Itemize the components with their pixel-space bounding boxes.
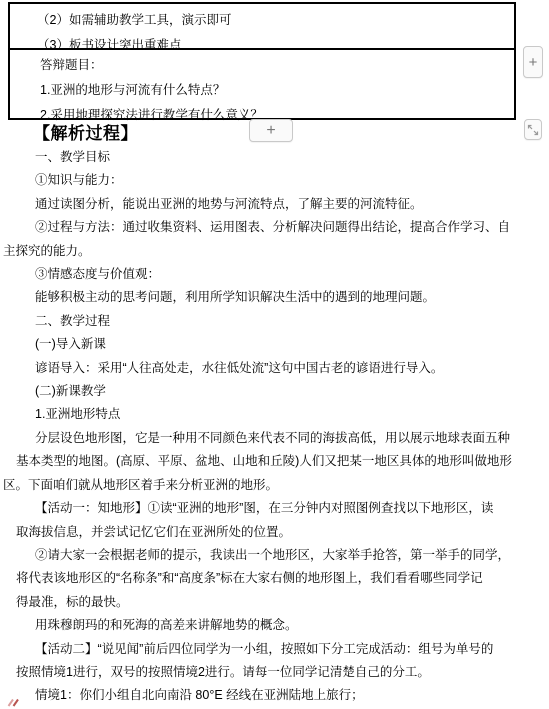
text-line: 取海拔信息，并尝试记忆它们在亚洲所处的位置。 bbox=[3, 521, 546, 544]
text-line: ②请大家一会根据老师的提示，我读出一个地形区，大家举手抢答，第一举手的同学， bbox=[3, 544, 546, 567]
text-line: （2）如需辅助教学工具，演示即可 bbox=[37, 8, 514, 33]
text-line: ②过程与方法：通过收集资料、运用图表、分析解决问题得出结论，提高合作学习、自 bbox=[3, 216, 546, 239]
text-line: 二、教学过程 bbox=[3, 310, 546, 333]
text-line: 1.亚洲的地形与河流有什么特点？ bbox=[40, 78, 514, 103]
text-line: 【活动一：知地形】①读“亚洲的地形”图，在三分钟内对照图例查找以下地形区，读 bbox=[3, 497, 546, 520]
text-line: 用珠穆朗玛的和死海的高差来讲解地势的概念。 bbox=[3, 614, 546, 637]
text-line: 将代表该地形区的“名称条”和“高度条”标在大家右侧的地形图上，我们看看哪些同学记 bbox=[3, 567, 546, 590]
analysis-heading: 【解析过程】 bbox=[33, 121, 546, 146]
text-line: ①知识与能力： bbox=[3, 169, 546, 192]
teaching-notes-box: （2）如需辅助教学工具，演示即可 （3）板书设计突出重难点 bbox=[8, 2, 516, 50]
text-line: 通过读图分析，能说出亚洲的地势与河流特点，了解主要的河流特征。 bbox=[3, 193, 546, 216]
text-line: 【活动二】“说见闻”前后四位同学为一小组，按照如下分工完成活动：组号为单号的 bbox=[3, 638, 546, 661]
text-line: 基本类型的地图。(高原、平原、盆地、山地和丘陵)人们又把某一地区具体的地形叫做地… bbox=[3, 450, 546, 473]
text-line: 主探究的能力。 bbox=[3, 240, 546, 263]
text-line: 分层设色地形图，它是一种用不同颜色来代表不同的海拔高低，用以展示地球表面五种 bbox=[3, 427, 546, 450]
text-line: 谚语导入：采用“人往高处走，水往低处流”这句中国古老的谚语进行导入。 bbox=[3, 357, 546, 380]
text-line: 一、教学目标 bbox=[3, 146, 546, 169]
plus-icon: + bbox=[529, 54, 538, 71]
text-line: (二)新课教学 bbox=[3, 380, 546, 403]
text-line: ③情感态度与价值观： bbox=[3, 263, 546, 286]
text-line: 区。下面咱们就从地形区着手来分析亚洲的地形。 bbox=[3, 474, 546, 497]
analysis-document: 【解析过程】 一、教学目标 ①知识与能力： 通过读图分析，能说出亚洲的地势与河流… bbox=[3, 121, 546, 708]
text-line: 情境1：你们小组自北向南沿 80°E 经线在亚洲陆地上旅行； bbox=[3, 684, 546, 707]
text-line: 按照情境1进行，双号的按照情境2进行。请每一位同学记清楚自己的分工。 bbox=[3, 661, 546, 684]
text-line: 答辩题目： bbox=[40, 53, 514, 78]
text-line: 能够积极主动的思考问题，利用所学知识解决生活中的遇到的地理问题。 bbox=[3, 286, 546, 309]
add-button-side[interactable]: + bbox=[523, 46, 543, 78]
text-line: (一)导入新课 bbox=[3, 333, 546, 356]
defense-questions-box: 答辩题目： 1.亚洲的地形与河流有什么特点？ 2.采用地理探究法进行教学有什么意… bbox=[8, 50, 516, 120]
text-line: 1.亚洲地形特点 bbox=[3, 403, 546, 426]
text-line: 得最准，标的最快。 bbox=[3, 591, 546, 614]
